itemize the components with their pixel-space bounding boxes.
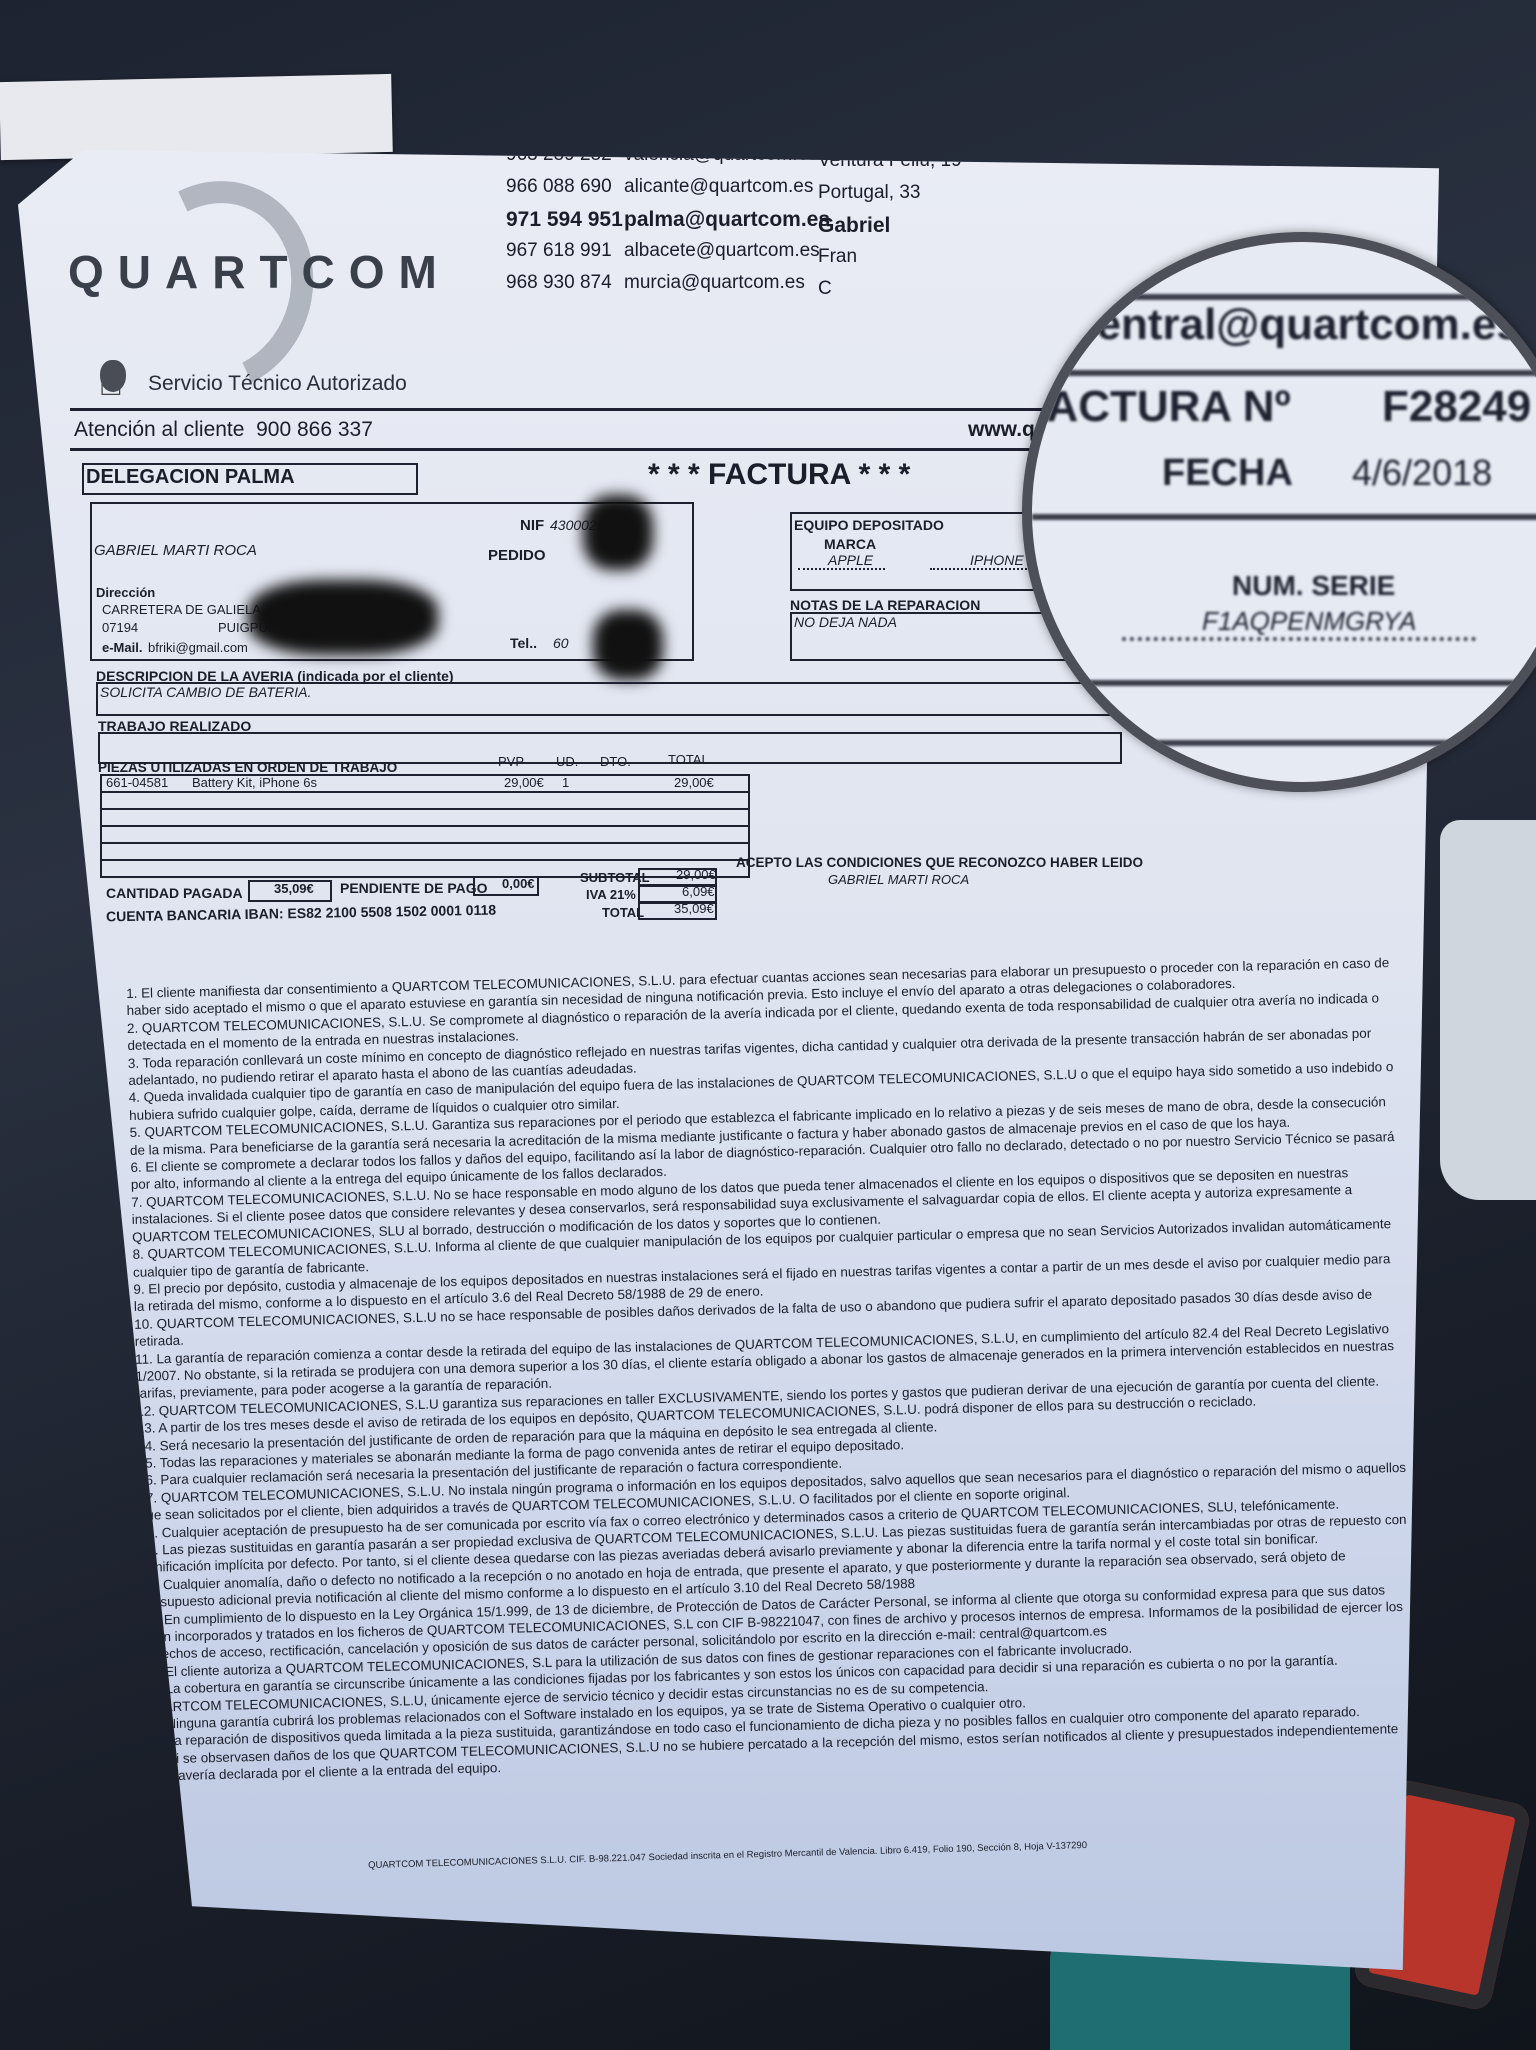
customer-name: GABRIEL MARTI ROCA — [94, 542, 257, 559]
accept-conditions-label: ACEPTO LAS CONDICIONES QUE RECONOZCO HAB… — [736, 855, 1143, 870]
equipment-label: EQUIPO DEPOSITADO — [794, 517, 944, 533]
table-row — [100, 844, 750, 861]
customer-service-label: Atención al cliente — [74, 418, 244, 441]
magnifier-overlay: central@quartcom.es FACTURA Nº F28249 FE… — [1022, 232, 1536, 792]
divider — [1032, 370, 1536, 376]
background-car-panel — [1440, 820, 1536, 1200]
authorized-service-label: Servicio Técnico Autorizado — [148, 372, 407, 396]
divider — [1032, 680, 1536, 686]
office-email[interactable]: valencia@quartcom.es — [624, 144, 818, 166]
invoice-number-label: FACTURA Nº — [1022, 382, 1291, 432]
part-total: 29,00€ — [674, 775, 714, 790]
table-row: 661-04581Battery Kit, iPhone 6s29,00€129… — [100, 774, 750, 793]
col-total: TOTAL — [668, 752, 709, 767]
table-row — [100, 793, 750, 810]
company-logo: QUARTCOM — [68, 245, 451, 299]
serial-value: F1AQPENMGRYA — [1122, 606, 1476, 641]
postcode: 07194 — [102, 620, 138, 635]
office-address: Gabriel — [818, 214, 890, 238]
subtotal-value: 29,00€ — [676, 867, 716, 882]
website-link[interactable]: www.q — [968, 418, 1035, 442]
divider — [1032, 740, 1536, 746]
paper-strip — [0, 74, 393, 160]
invoice-date: 4/6/2018 — [1352, 452, 1492, 494]
table-row — [100, 827, 750, 844]
date-label: FECHA — [1162, 452, 1293, 495]
company-footer: QUARTCOM TELECOMUNICACIONES S.L.U. CIF. … — [368, 1840, 1087, 1871]
order-label: PEDIDO — [488, 547, 546, 564]
address-label: Dirección — [96, 585, 155, 600]
office-email[interactable]: murcia@quartcom.es — [624, 272, 805, 294]
office-email[interactable]: albacete@quartcom.es — [624, 240, 820, 262]
divider — [1032, 514, 1536, 520]
pending-value: 0,00€ — [502, 876, 535, 891]
invoice-number: F28249 — [1382, 382, 1531, 432]
redaction-mark — [248, 580, 438, 655]
part-description: Battery Kit, iPhone 6s — [192, 775, 317, 790]
redaction-mark — [583, 495, 653, 570]
office-email[interactable]: palma@quartcom.es — [624, 208, 830, 232]
col-dto: DTO. — [600, 754, 631, 769]
tel-label: Tel.. — [510, 635, 537, 651]
divider — [70, 408, 1170, 411]
table-row — [100, 810, 750, 827]
pending-label: PENDIENTE DE PAGO — [340, 880, 488, 896]
office-phone: 967 618 991 — [506, 240, 612, 262]
serial-label: NUM. SERIE — [1232, 570, 1395, 602]
parts-label: PIEZAS UTILIZADAS EN ORDEN DE TRABAJO — [98, 760, 397, 775]
total-value: 35,09€ — [674, 901, 714, 916]
email-label: e-Mail. — [102, 640, 142, 655]
brand-label: MARCA — [824, 536, 876, 552]
office-phone: 968 930 874 — [506, 272, 612, 294]
office-address: C — [818, 278, 832, 300]
paid-label: CANTIDAD PAGADA — [106, 885, 243, 901]
part-pvp: 29,00€ — [504, 775, 544, 790]
customer-email: bfriki@gmail.com — [148, 640, 248, 655]
vat-value: 6,09€ — [682, 884, 715, 899]
accept-signature-name: GABRIEL MARTI ROCA — [828, 872, 969, 887]
office-phone: 971 594 951 — [506, 208, 623, 232]
central-email: central@quartcom.es — [1072, 300, 1521, 350]
office-city: VALENCIA — [988, 144, 1084, 166]
part-code: 661-04581 — [106, 775, 168, 790]
terms-and-conditions: 1. El cliente manifiesta dar consentimie… — [126, 954, 1415, 1785]
nif-label: NIF — [520, 517, 544, 534]
parts-table: 661-04581Battery Kit, iPhone 6s29,00€129… — [100, 774, 750, 878]
tel-value: 60 — [553, 635, 569, 651]
customer-service: Atención al cliente 900 866 337 — [74, 418, 373, 442]
part-units: 1 — [562, 775, 569, 790]
brand-value: APPLE — [798, 552, 885, 570]
office-address: Ventura Feliu, 19 — [818, 150, 962, 172]
iban: CUENTA BANCARIA IBAN: ES82 2100 5508 150… — [106, 902, 496, 925]
repair-notes-label: NOTAS DE LA REPARACION — [790, 597, 980, 613]
office-phone: 963 289 282 — [506, 144, 612, 166]
invoice-title: * * * FACTURA * * * — [648, 458, 910, 492]
office-address: Portugal, 33 — [818, 182, 920, 204]
office-email[interactable]: alicante@quartcom.es — [624, 176, 813, 198]
vat-label: IVA 21% — [586, 887, 636, 902]
office-address: Fran — [818, 246, 857, 268]
fault-value: SOLICITA CAMBIO DE BATERIA. — [100, 684, 311, 700]
redaction-mark — [593, 610, 663, 680]
delegation-name: DELEGACION PALMA — [86, 466, 295, 489]
customer-service-phone: 900 866 337 — [256, 418, 373, 441]
repair-notes-value: NO DEJA NADA — [794, 614, 897, 630]
col-ud: UD. — [556, 754, 578, 769]
divider — [70, 448, 1070, 451]
office-phone: 966 088 690 — [506, 176, 612, 198]
col-pvp: PVP — [498, 754, 524, 769]
paid-value: 35,09€ — [274, 881, 314, 896]
apple-logo-icon — [100, 360, 126, 392]
